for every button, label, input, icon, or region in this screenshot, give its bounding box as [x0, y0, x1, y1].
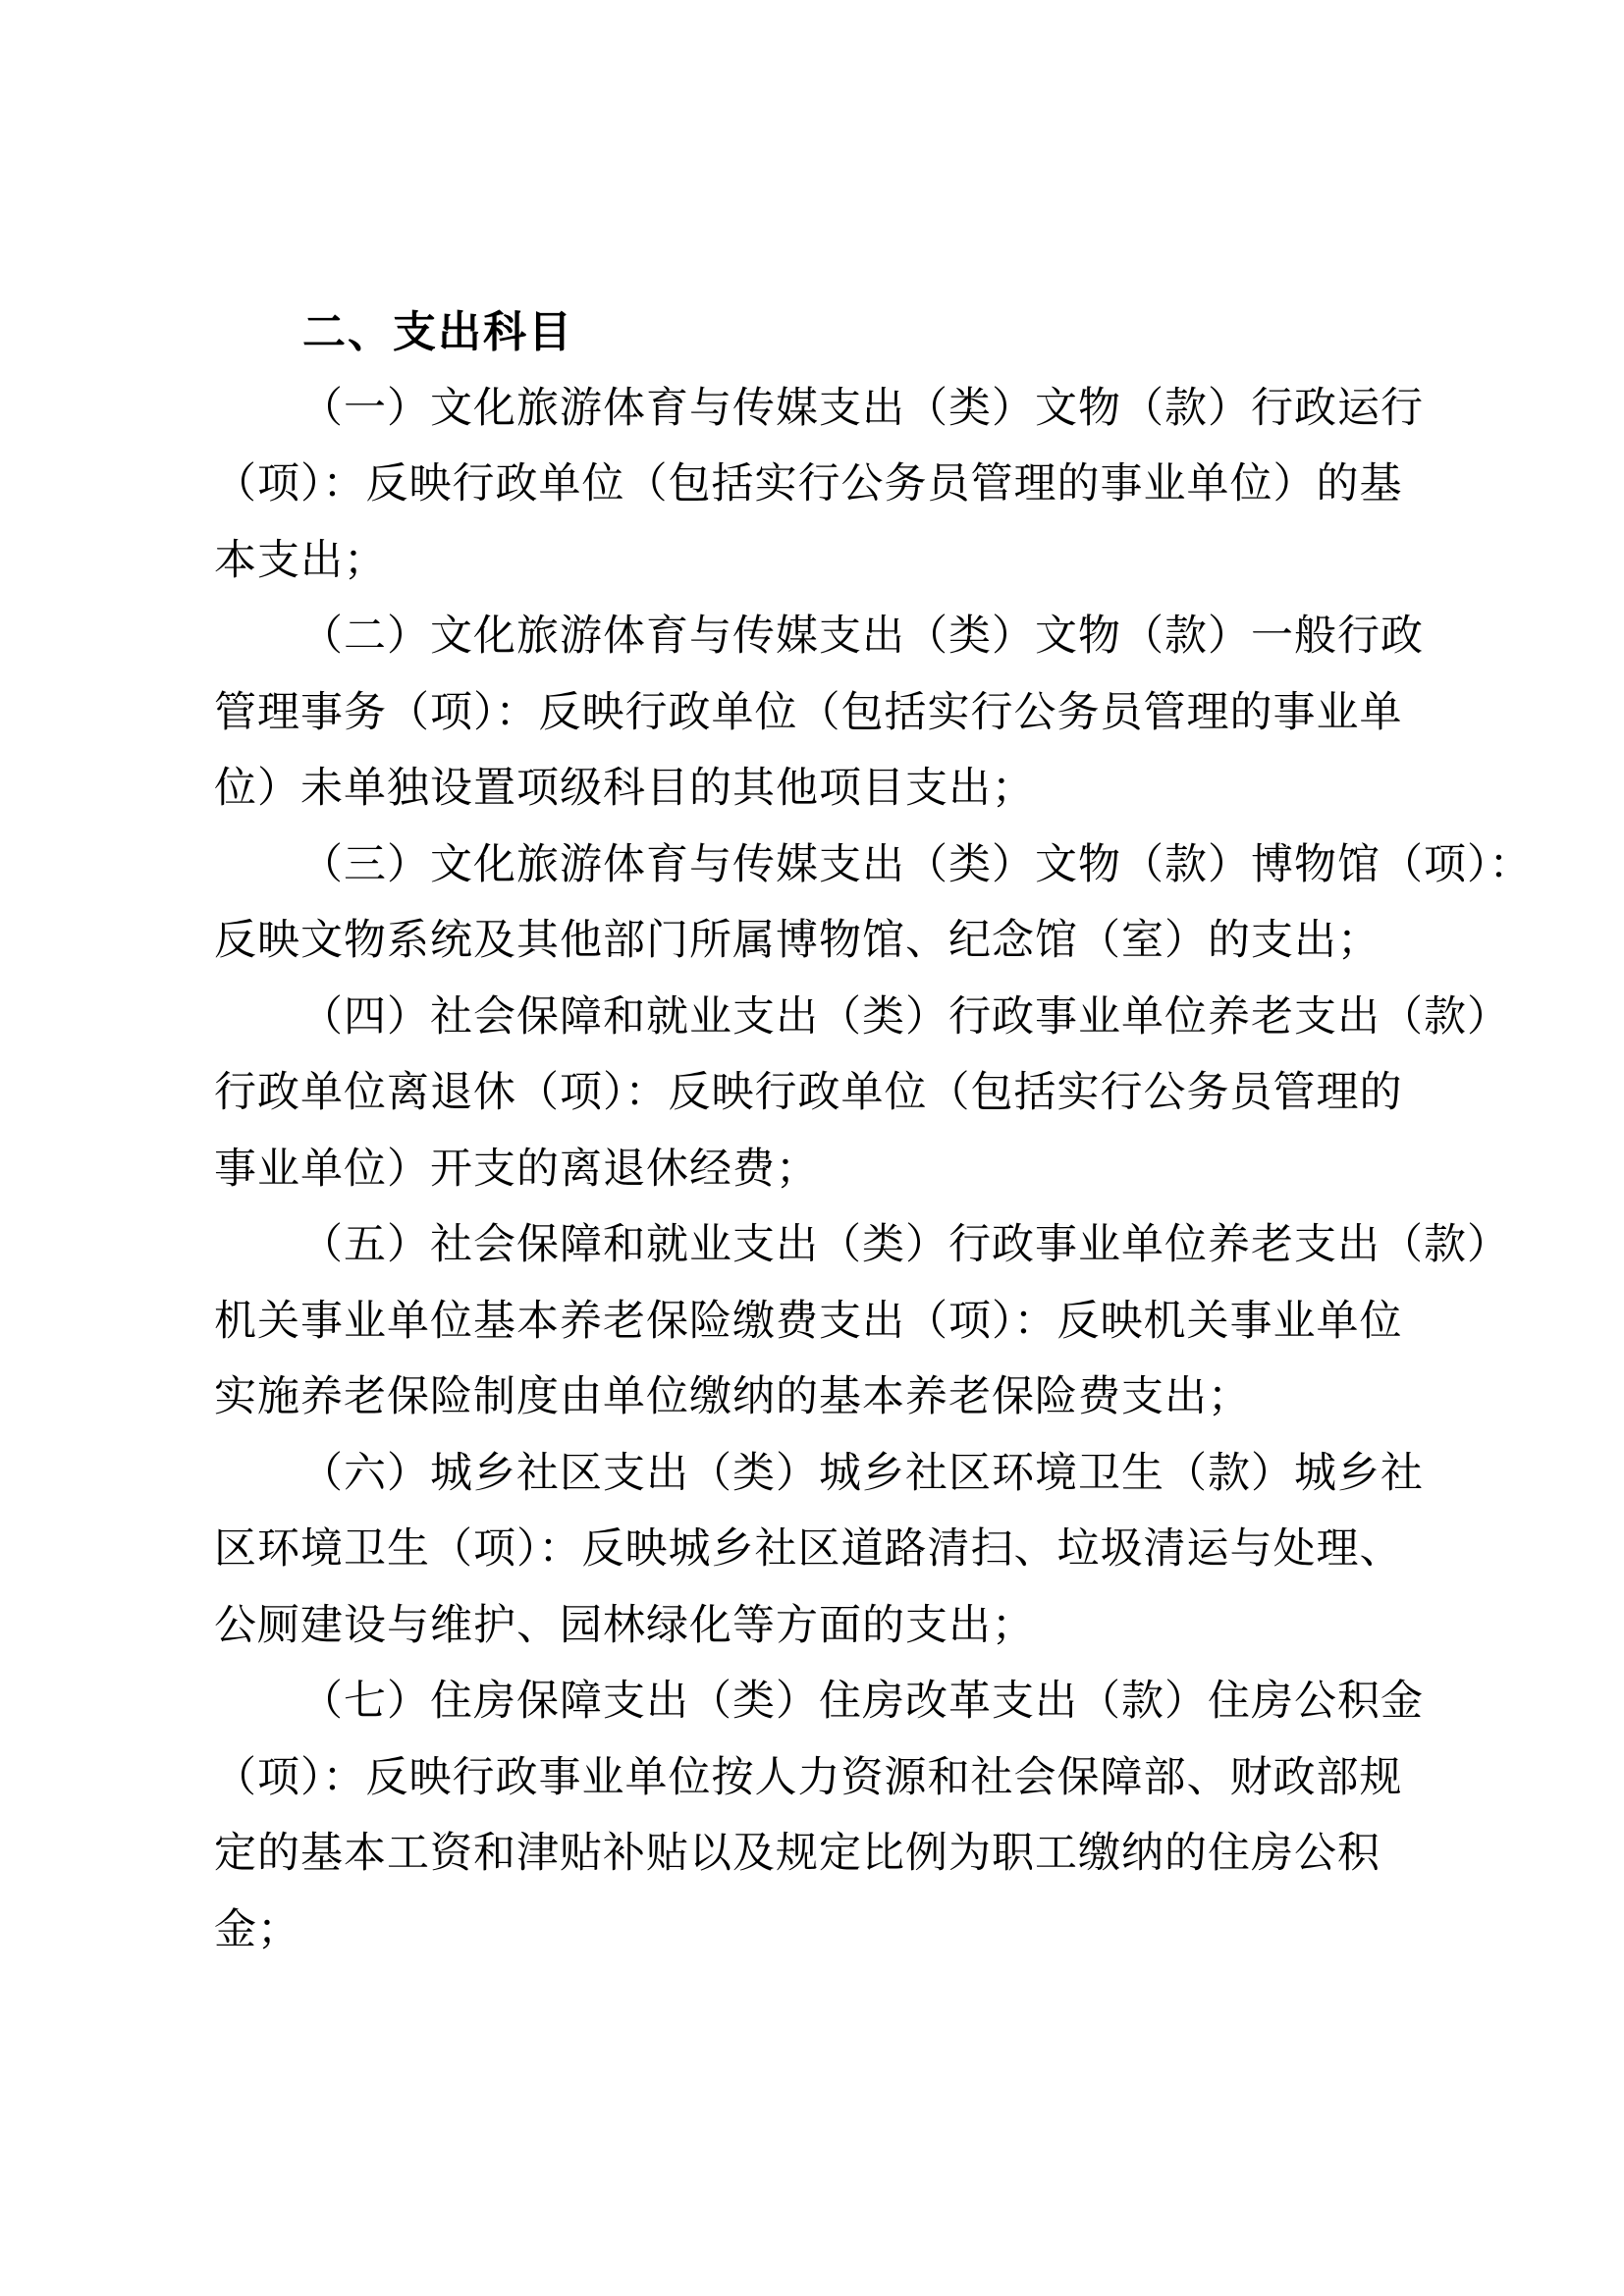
- body-line: （五）社会保障和就业支出（类）行政事业单位养老支出（款）: [214, 1207, 1414, 1284]
- body-line: （项）：反映行政单位（包括实行公务员管理的事业单位）的基: [214, 447, 1414, 523]
- section-heading: 二、支出科目: [214, 294, 1414, 371]
- body-line: 本支出；: [214, 523, 1414, 600]
- paragraph-6: （六）城乡社区支出（类）城乡社区环境卫生（款）城乡社 区环境卫生（项）：反映城乡…: [214, 1436, 1414, 1665]
- body-line: 事业单位）开支的离退休经费；: [214, 1132, 1414, 1208]
- paragraph-2: （二）文化旅游体育与传媒支出（类）文物（款）一般行政 管理事务（项）：反映行政单…: [214, 599, 1414, 828]
- document-page: 二、支出科目 （一）文化旅游体育与传媒支出（类）文物（款）行政运行 （项）：反映…: [0, 0, 1624, 2296]
- body-line: 行政单位离退休（项）：反映行政单位（包括实行公务员管理的: [214, 1055, 1414, 1132]
- body-line: （六）城乡社区支出（类）城乡社区环境卫生（款）城乡社: [214, 1436, 1414, 1513]
- body-line: （七）住房保障支出（类）住房改革支出（款）住房公积金: [214, 1664, 1414, 1740]
- body-line: 实施养老保险制度由单位缴纳的基本养老保险费支出；: [214, 1360, 1414, 1436]
- body-line: （三）文化旅游体育与传媒支出（类）文物（款）博物馆（项）：: [214, 828, 1414, 904]
- body-line: （二）文化旅游体育与传媒支出（类）文物（款）一般行政: [214, 599, 1414, 675]
- body-line: 机关事业单位基本养老保险缴费支出（项）：反映机关事业单位: [214, 1284, 1414, 1361]
- body-line: （一）文化旅游体育与传媒支出（类）文物（款）行政运行: [214, 371, 1414, 448]
- body-line: 反映文物系统及其他部门所属博物馆、纪念馆（室）的支出；: [214, 903, 1414, 980]
- paragraph-1: （一）文化旅游体育与传媒支出（类）文物（款）行政运行 （项）：反映行政单位（包括…: [214, 371, 1414, 600]
- body-line: 位）未单独设置项级科目的其他项目支出；: [214, 751, 1414, 828]
- paragraph-7: （七）住房保障支出（类）住房改革支出（款）住房公积金 （项）：反映行政事业单位按…: [214, 1664, 1414, 1968]
- body-line: （项）：反映行政事业单位按人力资源和社会保障部、财政部规: [214, 1740, 1414, 1817]
- body-line: （四）社会保障和就业支出（类）行政事业单位养老支出（款）: [214, 980, 1414, 1056]
- paragraph-3: （三）文化旅游体育与传媒支出（类）文物（款）博物馆（项）： 反映文物系统及其他部…: [214, 828, 1414, 980]
- body-line: 管理事务（项）：反映行政单位（包括实行公务员管理的事业单: [214, 675, 1414, 752]
- body-line: 区环境卫生（项）：反映城乡社区道路清扫、垃圾清运与处理、: [214, 1512, 1414, 1588]
- document-content: 二、支出科目 （一）文化旅游体育与传媒支出（类）文物（款）行政运行 （项）：反映…: [214, 294, 1414, 1968]
- paragraph-5: （五）社会保障和就业支出（类）行政事业单位养老支出（款） 机关事业单位基本养老保…: [214, 1207, 1414, 1436]
- paragraph-4: （四）社会保障和就业支出（类）行政事业单位养老支出（款） 行政单位离退休（项）：…: [214, 980, 1414, 1208]
- body-line: 金；: [214, 1893, 1414, 1969]
- body-line: 公厕建设与维护、园林绿化等方面的支出；: [214, 1588, 1414, 1665]
- body-line: 定的基本工资和津贴补贴以及规定比例为职工缴纳的住房公积: [214, 1816, 1414, 1893]
